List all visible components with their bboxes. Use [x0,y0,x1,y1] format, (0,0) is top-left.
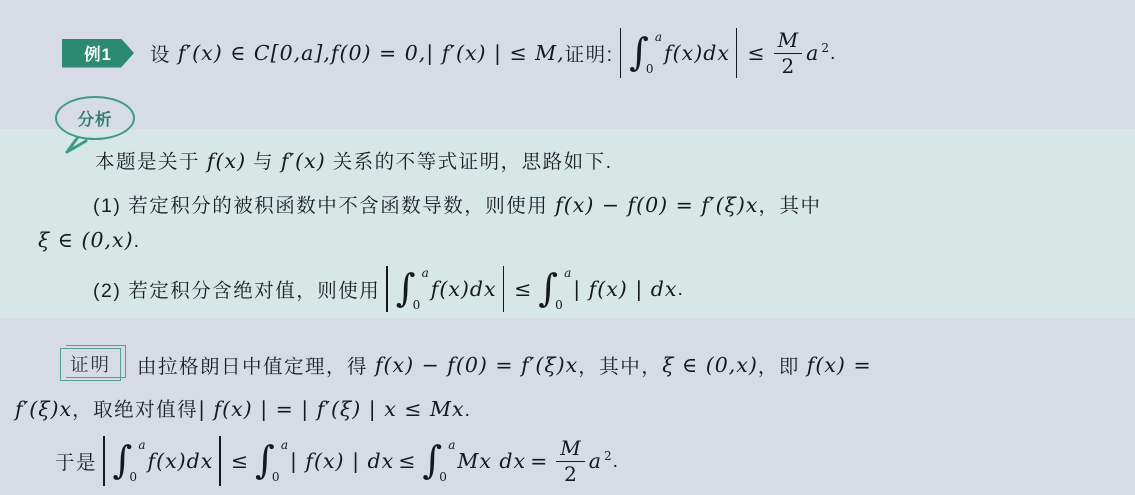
analysis-text: . [677,278,684,301]
integrand-math: f(x)dx [431,277,497,301]
integral-upper-limit: a [281,438,288,452]
math-fx-equals: f(x) = [807,353,872,377]
analysis-text: (2) 若定积分含绝对值，则使用 [93,275,380,303]
abs-bar [503,266,505,312]
proof-text: ，其中， [578,351,662,379]
analysis-text: . [134,230,141,252]
textbook-page: 例1 设 f′(x) ∈ C[0,a],f(0) = 0,| f′(x) | ≤… [0,0,1135,495]
speech-bubble-tail-icon [63,136,89,156]
proof-line-2: f′(ξ)x，取绝对值得| f(x) | = | f′(ξ) | x ≤ Mx. [15,394,471,422]
integral-limits: a 0 [417,266,429,312]
abs-value-inequality-math: | f(x) | = | f′(ξ) | x ≤ Mx [198,397,464,421]
integral-sign: ∫ a 0 [629,30,662,76]
abs-integrand-math: | f(x) | dx [290,449,394,473]
fraction-denominator: 2 [781,54,794,78]
analysis-badge-label: 分析 [78,106,113,130]
analysis-line-4: (2) 若定积分含绝对值，则使用 ∫ a 0 f(x)dx ≤ ∫ a 0 | … [93,262,684,316]
problem-hypothesis-math: f′(x) ∈ C[0,a],f(0) = 0,| f′(x) | ≤ M, [178,41,565,65]
mx-integrand-math: Mx dx [457,449,526,473]
proof-period: . [613,450,620,473]
leq-symbol: ≤ [398,449,416,473]
proof-text: 由拉格朗日中值定理，得 [137,351,375,379]
abs-bar [620,28,622,78]
leq-symbol: ≤ [514,277,532,301]
math-fx: f(x) [207,149,246,173]
abs-integrand-math: | f(x) | dx [573,277,677,301]
equals-symbol: = [530,449,548,473]
proof-text: . [465,399,472,421]
abs-bar [386,266,388,312]
analysis-line-3: ξ ∈ (0,x). [38,228,141,253]
xi-range-math: ξ ∈ (0,x) [662,353,758,377]
square-exponent: 2 [821,41,830,55]
proof-text: ，取绝对值得 [72,399,198,421]
speech-bubble-icon: 分析 [55,96,135,140]
fraction-numerator: M [556,437,584,462]
fprime-xi-x-math: f′(ξ)x [15,397,72,421]
analysis-line-2: (1) 若定积分的被积函数中不含函数导数，则使用 f(x) − f(0) = f… [93,190,821,218]
problem-claim-text: 证明: [565,39,614,67]
problem-integrand-math: f(x)dx [664,41,730,65]
fraction-numerator: M [774,29,802,54]
problem-period: . [830,42,837,65]
example-problem-line: 例1 设 f′(x) ∈ C[0,a],f(0) = 0,| f′(x) | ≤… [62,24,837,82]
abs-bar [103,436,105,486]
proof-text: ，即 [758,351,807,379]
leq-symbol: ≤ [231,449,249,473]
proof-badge: 证明 [60,348,121,381]
leq-symbol: ≤ [747,41,765,65]
integral-upper-limit: a [422,266,429,280]
integral-upper-limit: a [564,266,571,280]
fraction-denominator: 2 [564,462,577,486]
integral-limits: a 0 [133,438,145,484]
integral-limits: a 0 [650,30,662,76]
xi-range-math: ξ ∈ (0,x) [38,228,134,252]
lagrange-applied-math: f(x) − f(0) = f′(ξ)x [375,353,578,377]
a-variable: a [806,41,819,65]
analysis-text: ，其中 [758,195,821,217]
integral-lower-limit: 0 [413,298,429,312]
proof-text: 于是 [55,447,97,475]
integral-sign: ∫ a 0 [538,266,571,312]
analysis-text: (1) 若定积分的被积函数中不含函数导数，则使用 [93,195,555,217]
abs-bar [736,28,738,78]
integrand-math: f(x)dx [147,449,213,473]
integral-lower-limit: 0 [272,470,288,484]
example-badge: 例1 [62,39,134,68]
integral-lower-limit: 0 [129,470,145,484]
integral-sign: ∫ a 0 [113,438,146,484]
proof-line-3: 于是 ∫ a 0 f(x)dx ≤ ∫ a 0 | f(x) | dx ≤ ∫ … [55,432,620,490]
integral-lower-limit: 0 [646,62,662,76]
integral-limits: a 0 [559,266,571,312]
integral-upper-limit: a [138,438,145,452]
integral-upper-limit: a [655,30,662,44]
fraction-M-over-2: M 2 [556,437,584,486]
analysis-text: 本题是关于 [95,151,207,173]
integral-limits: a 0 [443,438,455,484]
analysis-text: 与 [246,151,281,173]
analysis-text: 关系的不等式证明，思路如下. [326,151,613,173]
integral-limits: a 0 [276,438,288,484]
integral-lower-limit: 0 [555,298,571,312]
math-fprime: f′(x) [281,149,326,173]
integral-lower-limit: 0 [439,470,455,484]
a-squared: a2 [589,449,613,473]
abs-bar [219,436,221,486]
proof-badge-label: 证明 [70,351,111,377]
integral-sign: ∫ a 0 [422,438,455,484]
proof-line-1: 证明 由拉格朗日中值定理，得 f(x) − f(0) = f′(ξ)x ，其中，… [60,348,872,381]
a-variable: a [589,449,602,473]
problem-lead-text: 设 [150,39,178,67]
analysis-badge: 分析 [55,96,139,148]
fraction-M-over-2: M 2 [774,29,802,78]
lagrange-formula: f(x) − f(0) = f′(ξ)x [555,193,758,217]
integral-sign: ∫ a 0 [255,438,288,484]
a-squared: a2 [806,41,830,65]
integral-sign: ∫ a 0 [396,266,429,312]
integral-upper-limit: a [448,438,455,452]
square-exponent: 2 [604,449,613,463]
analysis-line-1: 本题是关于 f(x) 与 f′(x) 关系的不等式证明，思路如下. [95,146,613,174]
